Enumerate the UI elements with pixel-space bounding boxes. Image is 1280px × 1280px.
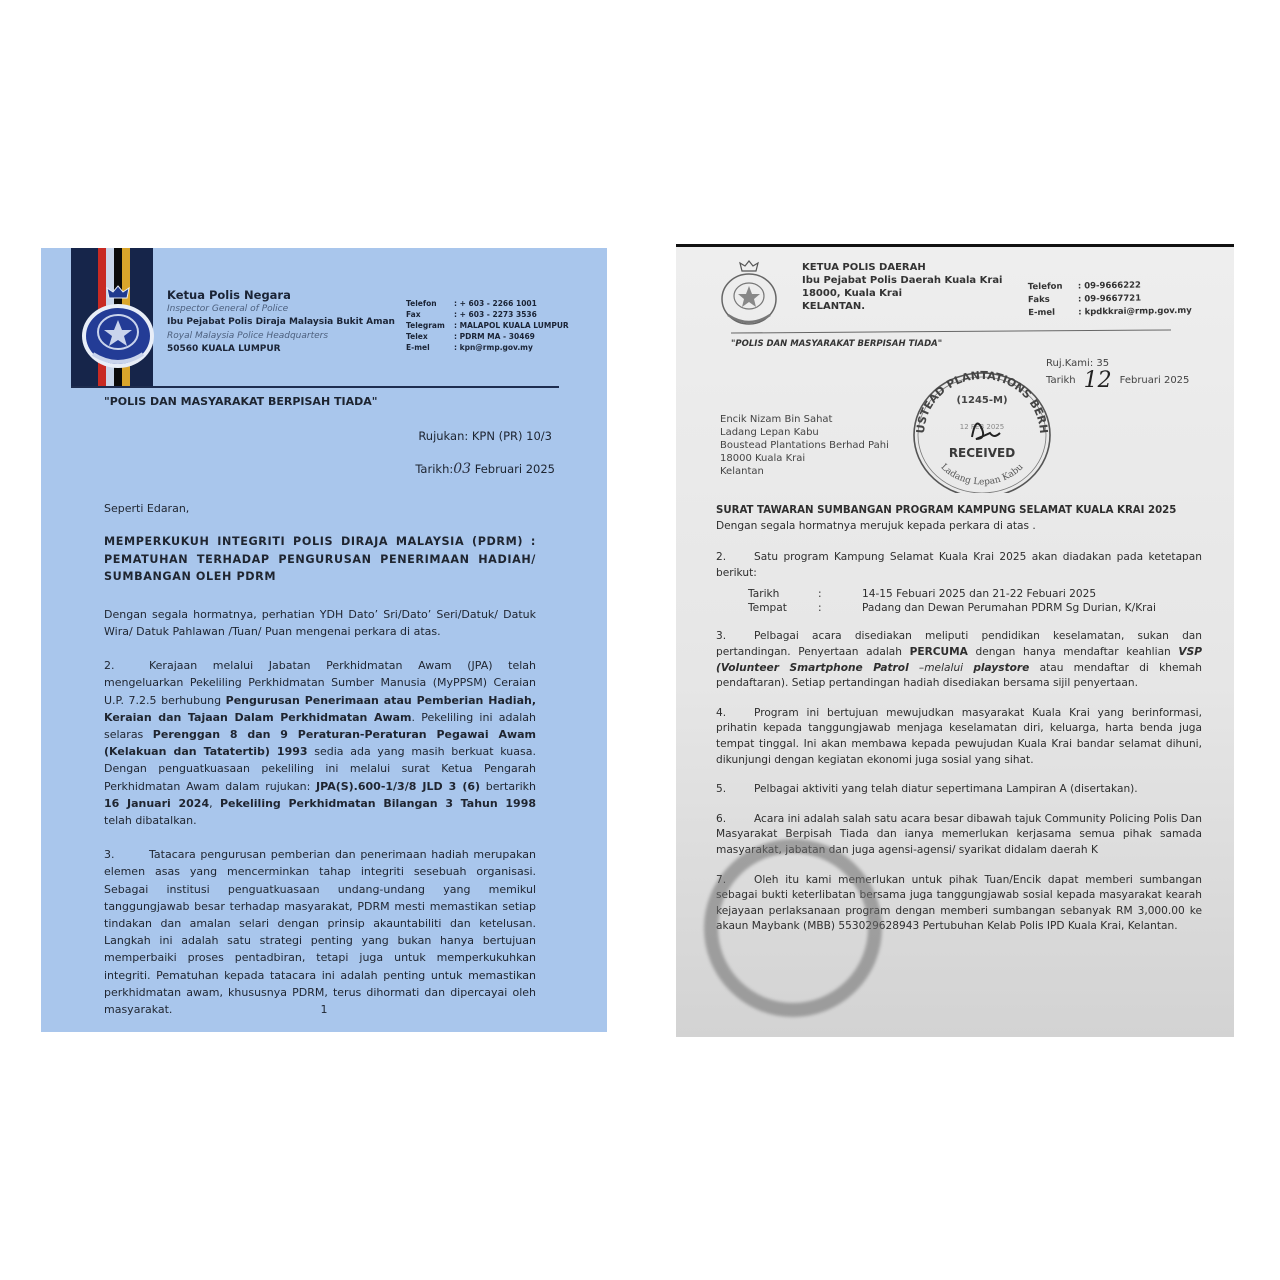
date-rest: Februari 2025 [471, 462, 555, 476]
schedule-value: Padang dan Dewan Perumahan PDRM Sg Duria… [862, 601, 1156, 615]
contact-value: : kpn@rmp.gov.my [454, 342, 533, 353]
recipient-line: Encik Nizam Bin Sahat [720, 413, 889, 426]
schedule-row: Tempat:Padang dan Dewan Perumahan PDRM S… [748, 601, 1156, 615]
para-number: 3. [104, 846, 149, 863]
letter-date: Tarikh12Februari 2025 [1046, 370, 1189, 387]
bold-italic-text: playstore [973, 662, 1029, 674]
reference-number: Ruj.Kami: 35 [1046, 357, 1189, 370]
org-title: Ketua Polis Negara [167, 289, 395, 303]
highlight-circle-mark [704, 839, 882, 1017]
schedule-table: Tarikh:14-15 Febuari 2025 dan 21-22 Febu… [748, 587, 1156, 615]
text: Pelbagai aktiviti yang telah diatur sepe… [754, 783, 1138, 795]
letter-subject: MEMPERKUKUH INTEGRITI POLIS DIRAJA MALAY… [104, 533, 536, 586]
para-number: 6. [716, 812, 754, 828]
schedule-label: Tempat [748, 601, 818, 615]
org-line: KELANTAN. [802, 300, 1003, 313]
recipient-line: Boustead Plantations Berhad Pahi [720, 439, 889, 452]
letterhead-contacts: Telefon: 09-9666222 Faks: 09-9667721 E-m… [1028, 279, 1192, 320]
schedule-sep: : [818, 601, 862, 615]
contact-label: Fax [406, 309, 454, 320]
reference-number: Rujukan: KPN (PR) 10/3 [418, 429, 552, 443]
motto: "POLIS DAN MASYARAKAT BERPISAH TIADA" [731, 339, 942, 349]
pdrm-crest-icon [79, 284, 157, 374]
text: Tatacara pengurusan pemberian dan peneri… [104, 848, 536, 1016]
contact-value: : + 603 - 2266 1001 [454, 298, 537, 309]
para-number: 3. [716, 629, 754, 645]
paragraph-5: 5.Pelbagai aktiviti yang telah diatur se… [716, 782, 1202, 798]
letter-date: Tarikh:03 Februari 2025 [415, 461, 555, 477]
contact-label: E-mel [406, 342, 454, 353]
org-line: KETUA POLIS DAERAH [802, 261, 1003, 274]
recipient-address: Encik Nizam Bin Sahat Ladang Lepan Kabu … [720, 413, 889, 478]
contact-value: : PDRM MA - 30469 [454, 331, 535, 342]
contact-value: : kpdkkrai@rmp.gov.my [1078, 305, 1192, 320]
org-line: 18000, Kuala Krai [802, 287, 1003, 300]
schedule-row: Tarikh:14-15 Febuari 2025 dan 21-22 Febu… [748, 587, 1156, 601]
contact-label: Telefon [406, 298, 454, 309]
salutation: Seperti Edaran, [104, 500, 536, 517]
date-handwritten: 12 [1084, 368, 1112, 393]
para-number: 5. [716, 782, 754, 798]
text: Satu program Kampung Selamat Kuala Krai … [716, 551, 1202, 579]
para-number: 2. [716, 550, 754, 566]
svg-text:Ladang Lepan Kabu: Ladang Lepan Kabu [939, 462, 1026, 487]
text: telah dibatalkan. [104, 814, 197, 827]
bold-text: 16 Januari 2024 [104, 797, 209, 810]
recipient-line: Ladang Lepan Kabu [720, 426, 889, 439]
org-address: 50560 KUALA LUMPUR [167, 343, 395, 357]
contact-label: Telefon [1028, 280, 1078, 294]
text: dengan hanya mendaftar keahlian [968, 646, 1179, 658]
contact-value: : 09-9666222 [1078, 280, 1141, 294]
bold-text: JPA(S).600-1/3/8 JLD 3 (6) [316, 780, 480, 793]
contact-value: : 09-9667721 [1078, 293, 1141, 307]
letter-body: Seperti Edaran, MEMPERKUKUH INTEGRITI PO… [104, 500, 536, 1032]
intro-paragraph: Dengan segala hormatnya, perhatian YDH D… [104, 606, 536, 640]
contact-value: : MALAPOL KUALA LUMPUR [454, 320, 569, 331]
bold-text: PERCUMA [910, 646, 968, 658]
schedule-value: 14-15 Febuari 2025 dan 21-22 Febuari 202… [862, 587, 1156, 601]
stamp-received: RECEIVED [949, 446, 1015, 460]
letterhead-contacts: Telefon: + 603 - 2266 1001 Fax: + 603 - … [406, 298, 569, 353]
contact-label: E-mel [1028, 306, 1078, 320]
org-office: Ibu Pejabat Polis Diraja Malaysia Bukit … [167, 316, 395, 330]
schedule-sep: : [818, 587, 862, 601]
header-divider [71, 386, 559, 388]
recipient-line: Kelantan [720, 465, 889, 478]
right-letter-kpd-kuala-krai: KETUA POLIS DAERAH Ibu Pejabat Polis Dae… [676, 244, 1234, 1037]
reference-block: Ruj.Kami: 35 Tarikh12Februari 2025 [1046, 357, 1189, 387]
paragraph-3: 3.Tatacara pengurusan pemberian dan pene… [104, 846, 536, 1018]
text: bertarikh [480, 780, 536, 793]
schedule-label: Tarikh [748, 587, 818, 601]
paragraph-3: 3.Pelbagai acara disediakan meliputi pen… [716, 629, 1202, 691]
bold-text: Pekeliling Perkhidmatan Bilangan 3 Tahun… [220, 797, 536, 810]
contact-label: Faks [1028, 293, 1078, 307]
paragraph-2: 2.Satu program Kampung Selamat Kuala Kra… [716, 550, 1202, 581]
received-stamp: BOUSTEAD PLANTATIONS BERHAD (1245-M) 12 … [902, 365, 1062, 493]
org-title-en: Inspector General of Police [167, 303, 395, 317]
paragraph-2: 2.Kerajaan melalui Jabatan Perkhidmatan … [104, 657, 536, 829]
letterhead-org: Ketua Polis Negara Inspector General of … [167, 289, 395, 357]
org-line: Ibu Pejabat Polis Daerah Kuala Krai [802, 274, 1003, 287]
page-number: 1 [41, 1003, 607, 1016]
para-number: 2. [104, 657, 149, 674]
stamp-reg-no: (1245-M) [956, 395, 1007, 406]
left-letter-kpn: Ketua Polis Negara Inspector General of … [41, 248, 607, 1032]
text: Program ini bertujuan mewujudkan masyara… [716, 707, 1202, 766]
date-rest: Februari 2025 [1120, 375, 1190, 386]
stamp-bottom-arc: Ladang Lepan Kabu [939, 462, 1026, 487]
org-office-en: Royal Malaysia Police Headquarters [167, 330, 395, 344]
intro-paragraph: Dengan segala hormatnya merujuk kepada p… [716, 519, 1202, 535]
motto: "POLIS DAN MASYARAKAT BERPISAH TIADA" [104, 395, 377, 408]
contact-label: Telegram [406, 320, 454, 331]
contact-value: : + 603 - 2273 3536 [454, 309, 537, 320]
text: , [209, 797, 220, 810]
pdrm-crest-icon [718, 259, 780, 329]
contact-label: Telex [406, 331, 454, 342]
letter-subject: SURAT TAWARAN SUMBANGAN PROGRAM KAMPUNG … [716, 503, 1202, 519]
recipient-line: 18000 Kuala Krai [720, 452, 889, 465]
para-number: 4. [716, 706, 754, 722]
date-label: Tarikh: [415, 462, 453, 476]
italic-text: –melalui [909, 662, 974, 674]
header-divider [731, 329, 1171, 333]
date-handwritten: 03 [453, 461, 471, 477]
letterhead-org: KETUA POLIS DAERAH Ibu Pejabat Polis Dae… [802, 261, 1003, 313]
paragraph-4: 4.Program ini bertujuan mewujudkan masya… [716, 706, 1202, 768]
